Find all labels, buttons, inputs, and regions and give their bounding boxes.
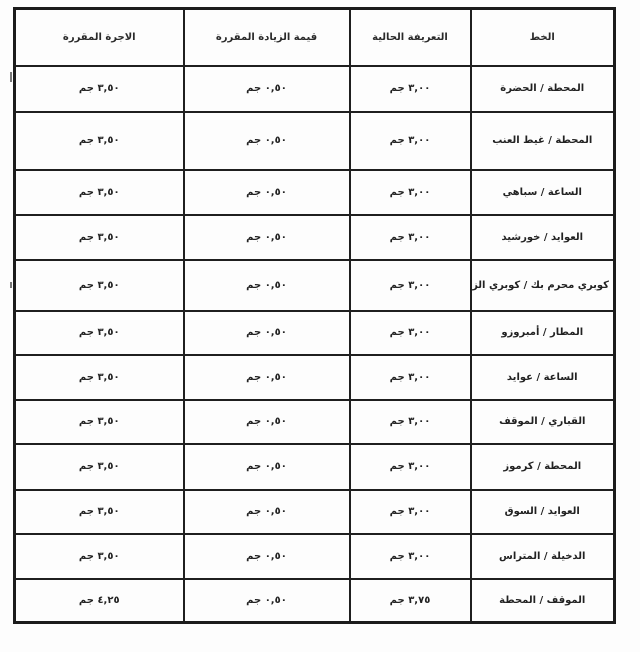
- cell-new-fare: ٣,٥٠ جم: [15, 170, 184, 215]
- table-row: القباري / الموقف ٣,٠٠ جم ٠,٥٠ جم ٣,٥٠ جم: [15, 400, 615, 444]
- cell-current-fare: ٣,٠٠ جم: [350, 490, 471, 534]
- cell-increase: ٠,٥٠ جم: [184, 534, 350, 579]
- cell-current-fare: ٣,٠٠ جم: [350, 170, 471, 215]
- table-row: الساعة / عوايد ٣,٠٠ جم ٠,٥٠ جم ٣,٥٠ جم: [15, 355, 615, 400]
- scanned-document-page: الخط التعريفة الحالية قيمة الزيادة المقر…: [0, 0, 640, 652]
- header-line: الخط: [471, 9, 615, 66]
- cell-line: العوايد / خورشيد: [471, 215, 615, 260]
- header-new-fare: الاجرة المقررة: [15, 9, 184, 66]
- cell-line: المحطة / الحضرة: [471, 66, 615, 112]
- cell-increase: ٠,٥٠ جم: [184, 400, 350, 444]
- cell-increase: ٠,٥٠ جم: [184, 215, 350, 260]
- cell-line: العوايد / السوق: [471, 490, 615, 534]
- table-row: الدخيلة / المتراس ٣,٠٠ جم ٠,٥٠ جم ٣,٥٠ ج…: [15, 534, 615, 579]
- cell-line: المطار / أمبروزو: [471, 311, 615, 355]
- table-row: المحطة / الحضرة ٣,٠٠ جم ٠,٥٠ جم ٣,٥٠ جم: [15, 66, 615, 112]
- header-increase: قيمة الزيادة المقررة: [184, 9, 350, 66]
- table-row: المحطة / غيط العنب ٣,٠٠ جم ٠,٥٠ جم ٣,٥٠ …: [15, 112, 615, 170]
- table-row: العوايد / خورشيد ٣,٠٠ جم ٠,٥٠ جم ٣,٥٠ جم: [15, 215, 615, 260]
- cell-line: كوبري محرم بك / كوبري الزهور: [471, 260, 615, 311]
- cell-increase: ٠,٥٠ جم: [184, 355, 350, 400]
- table-row: المطار / أمبروزو ٣,٠٠ جم ٠,٥٠ جم ٣,٥٠ جم: [15, 311, 615, 355]
- header-current-fare: التعريفة الحالية: [350, 9, 471, 66]
- cell-new-fare: ٣,٥٠ جم: [15, 215, 184, 260]
- table-header-row: الخط التعريفة الحالية قيمة الزيادة المقر…: [15, 9, 615, 66]
- cell-increase: ٠,٥٠ جم: [184, 260, 350, 311]
- scan-artifact-mark: [10, 72, 12, 82]
- table-row: الموقف / المحطة ٣,٧٥ جم ٠,٥٠ جم ٤,٢٥ جم: [15, 579, 615, 623]
- cell-line: الساعة / عوايد: [471, 355, 615, 400]
- cell-new-fare: ٣,٥٠ جم: [15, 444, 184, 490]
- cell-new-fare: ٣,٥٠ جم: [15, 112, 184, 170]
- cell-line: الموقف / المحطة: [471, 579, 615, 623]
- cell-new-fare: ٣,٥٠ جم: [15, 490, 184, 534]
- cell-increase: ٠,٥٠ جم: [184, 311, 350, 355]
- cell-increase: ٠,٥٠ جم: [184, 490, 350, 534]
- cell-increase: ٠,٥٠ جم: [184, 112, 350, 170]
- cell-new-fare: ٣,٥٠ جم: [15, 534, 184, 579]
- cell-new-fare: ٣,٥٠ جم: [15, 355, 184, 400]
- table-row: المحطة / كرموز ٣,٠٠ جم ٠,٥٠ جم ٣,٥٠ جم: [15, 444, 615, 490]
- cell-increase: ٠,٥٠ جم: [184, 170, 350, 215]
- cell-current-fare: ٣,٠٠ جم: [350, 215, 471, 260]
- table-body: المحطة / الحضرة ٣,٠٠ جم ٠,٥٠ جم ٣,٥٠ جم …: [15, 66, 615, 623]
- cell-current-fare: ٣,٧٥ جم: [350, 579, 471, 623]
- cell-current-fare: ٣,٠٠ جم: [350, 112, 471, 170]
- cell-new-fare: ٣,٥٠ جم: [15, 260, 184, 311]
- cell-line: الدخيلة / المتراس: [471, 534, 615, 579]
- cell-line: القباري / الموقف: [471, 400, 615, 444]
- cell-new-fare: ٤,٢٥ جم: [15, 579, 184, 623]
- scan-artifact-mark: [10, 282, 12, 288]
- cell-increase: ٠,٥٠ جم: [184, 66, 350, 112]
- cell-current-fare: ٣,٠٠ جم: [350, 260, 471, 311]
- cell-line: المحطة / غيط العنب: [471, 112, 615, 170]
- cell-current-fare: ٣,٠٠ جم: [350, 400, 471, 444]
- cell-current-fare: ٣,٠٠ جم: [350, 311, 471, 355]
- cell-current-fare: ٣,٠٠ جم: [350, 66, 471, 112]
- cell-line: الساعة / سباهي: [471, 170, 615, 215]
- cell-current-fare: ٣,٠٠ جم: [350, 444, 471, 490]
- table-row: الساعة / سباهي ٣,٠٠ جم ٠,٥٠ جم ٣,٥٠ جم: [15, 170, 615, 215]
- cell-line: المحطة / كرموز: [471, 444, 615, 490]
- cell-new-fare: ٣,٥٠ جم: [15, 66, 184, 112]
- cell-increase: ٠,٥٠ جم: [184, 444, 350, 490]
- cell-current-fare: ٣,٠٠ جم: [350, 355, 471, 400]
- cell-current-fare: ٣,٠٠ جم: [350, 534, 471, 579]
- table-row: العوايد / السوق ٣,٠٠ جم ٠,٥٠ جم ٣,٥٠ جم: [15, 490, 615, 534]
- cell-new-fare: ٣,٥٠ جم: [15, 311, 184, 355]
- cell-new-fare: ٣,٥٠ جم: [15, 400, 184, 444]
- fare-table: الخط التعريفة الحالية قيمة الزيادة المقر…: [13, 7, 616, 624]
- cell-increase: ٠,٥٠ جم: [184, 579, 350, 623]
- table-row: كوبري محرم بك / كوبري الزهور ٣,٠٠ جم ٠,٥…: [15, 260, 615, 311]
